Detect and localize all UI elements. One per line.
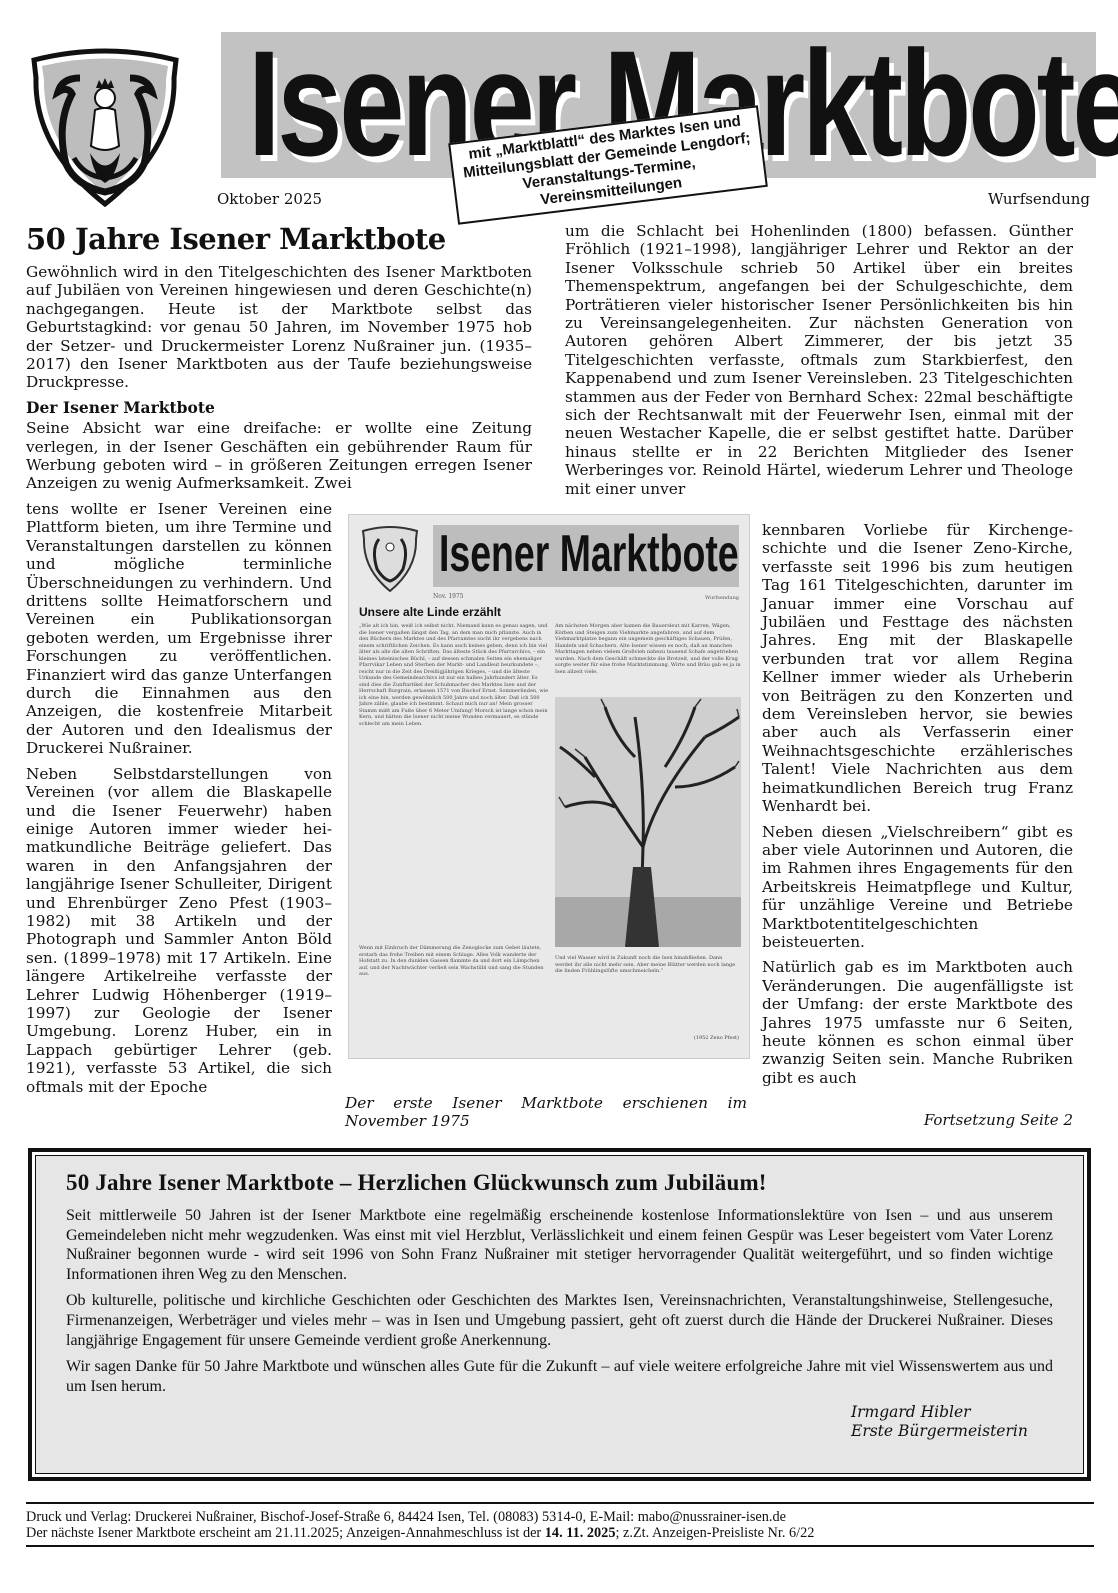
mini-headline: Unsere alte Linde erzählt <box>359 605 501 619</box>
article-column-right-top: um die Schlacht bei Hohenlinden (1800) b… <box>565 222 1073 498</box>
imprint-line: Druck und Verlag: Druckerei Nußrainer, B… <box>26 1509 1094 1525</box>
price-list-text: ; z.Zt. Anzeigen-Preisliste Nr. 6/22 <box>615 1525 814 1541</box>
imprint-footer: Druck und Verlag: Druckerei Nußrainer, B… <box>26 1502 1094 1547</box>
continuation-note: Fortsetzung Seite 2 <box>924 1111 1073 1129</box>
mini-distribution: Wurfsendung <box>705 595 739 601</box>
mini-text-right: Am nächsten Morgen aber kamen die Bauers… <box>555 623 741 693</box>
jubilee-title: 50 Jahre Isener Marktbote – Herzlichen G… <box>66 1170 1053 1196</box>
mini-text-left: „Wie alt ich bin, weiß ich selbst nicht.… <box>359 623 549 943</box>
mini-signature: (1952 Zeno Pfest) <box>694 1035 739 1042</box>
mini-text-bottom-right: Und viel Wasser wird in Zukunft noch die… <box>555 955 741 995</box>
first-issue-photo: Isener Marktbote Nov. 1975 Wurfsendung U… <box>348 514 750 1059</box>
article-column-right-bottom: kennbaren Vorliebe für Kirchenge­schicht… <box>762 521 1073 1094</box>
mermaid-crest-icon <box>24 38 186 208</box>
mini-crest-icon <box>359 523 421 593</box>
photo-caption: Der erste Isener Marktbote erschienen im… <box>345 1094 747 1131</box>
mini-masthead-title: Isener Marktbote <box>439 521 739 587</box>
article-headline: 50 Jahre Isener Marktbote <box>26 222 446 256</box>
article-paragraph: kennbaren Vorliebe für Kirchenge­schicht… <box>762 521 1073 816</box>
article-paragraph: um die Schlacht bei Hohenlinden (1800) b… <box>565 222 1073 498</box>
article-intro: Gewöhnlich wird in den Titelgeschichten … <box>26 263 532 392</box>
linden-tree-photo <box>555 697 741 947</box>
article-subheading: Der Isener Marktbote <box>26 399 532 417</box>
mini-text-bottom-left: Wenn mit Einbruch der Dämmerung die Zeno… <box>359 945 549 1005</box>
article-paragraph: Natürlich gab es im Marktboten auch Verä… <box>762 958 1073 1087</box>
next-issue-line: Der nächste Isener Marktbote erscheint a… <box>26 1525 1094 1541</box>
mini-date: Nov. 1975 <box>433 593 464 600</box>
ad-deadline-date: 14. 11. 2025 <box>545 1525 616 1541</box>
issue-date: Oktober 2025 <box>217 190 322 208</box>
article-paragraph: Neben diesen „Vielschreibern“ gibt es ab… <box>762 823 1073 952</box>
jubilee-box-inner: 50 Jahre Isener Marktbote – Herzlichen G… <box>35 1155 1084 1474</box>
article-paragraph: tens wollte er Isener Vereinen eine Plat… <box>26 500 332 758</box>
jubilee-signature: Irmgard Hibler Erste Bürgermeisterin <box>851 1403 1053 1441</box>
article-paragraph: Seine Absicht war eine dreifache: er wol… <box>26 419 532 493</box>
jubilee-paragraph: Wir sagen Danke für 50 Jahre Marktbote u… <box>66 1357 1053 1396</box>
signature-role: Erste Bürgermeisterin <box>851 1422 1053 1441</box>
article-paragraph: Neben Selbstdarstellungen von Vereinen (… <box>26 765 332 1096</box>
article-column-left-top: Gewöhnlich wird in den Titelgeschichten … <box>26 263 532 493</box>
jubilee-box: 50 Jahre Isener Marktbote – Herzlichen G… <box>28 1148 1091 1481</box>
jubilee-paragraph: Ob kulturelle, politische und kirchliche… <box>66 1291 1053 1350</box>
distribution-label: Wurfsendung <box>988 190 1090 208</box>
article-column-left-bottom: tens wollte er Isener Vereinen eine Plat… <box>26 500 332 1103</box>
jubilee-paragraph: Seit mittlerweile 50 Jahren ist der Isen… <box>66 1206 1053 1284</box>
next-issue-text: Der nächste Isener Marktbote erscheint a… <box>26 1525 545 1541</box>
signature-name: Irmgard Hibler <box>851 1403 1053 1422</box>
